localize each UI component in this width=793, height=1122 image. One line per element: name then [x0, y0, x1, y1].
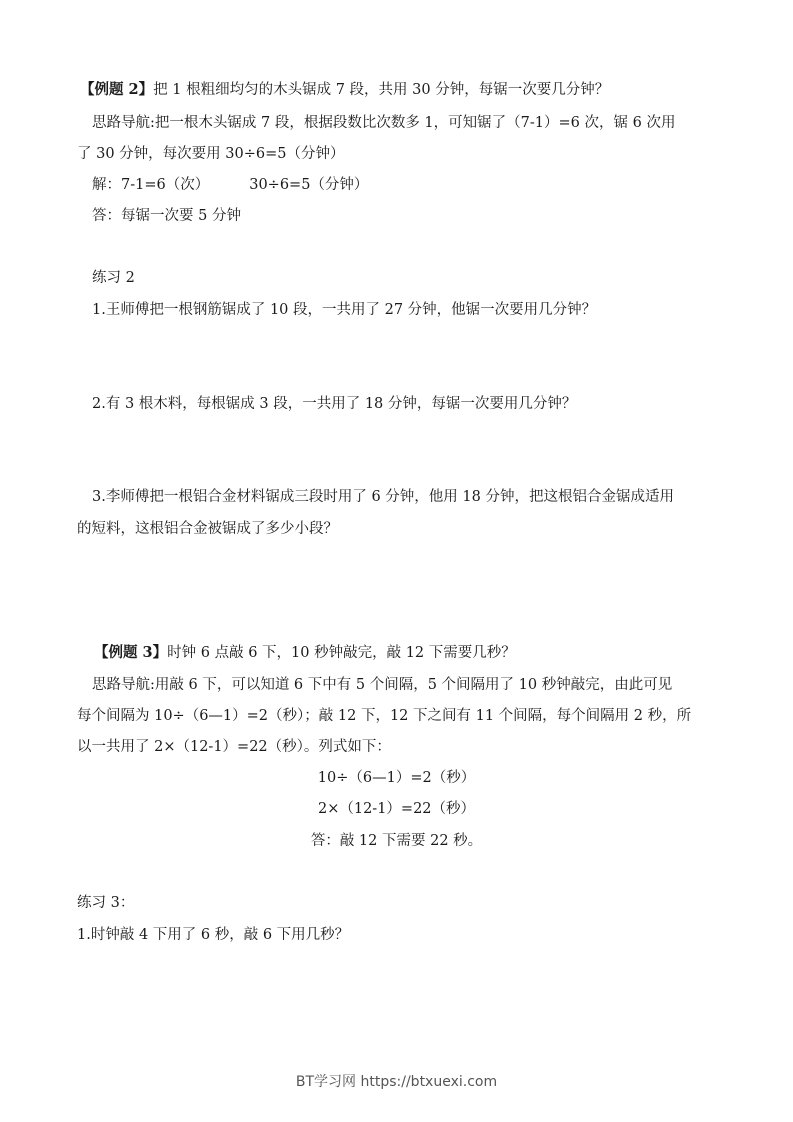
- example-3-answer: 答：敲 12 下需要 22 秒。: [0, 831, 793, 851]
- example-2-solution: 解：7-1=6（次）30÷6=5（分钟）: [92, 175, 368, 195]
- example-2-solution-step-2: 30÷6=5（分钟）: [249, 177, 368, 193]
- practice-2-question-3-line-1: 3.李师傅把一根铝合金材料锯成三段时用了 6 分钟，他用 18 分钟，把这根铝合…: [92, 487, 674, 507]
- practice-2-question-3-line-2: 的短料，这根铝合金被锯成了多少小段？: [77, 519, 338, 539]
- practice-2-question-2: 2.有 3 根木料，每根锯成 3 段，一共用了 18 分钟，每锯一次要用几分钟？: [92, 394, 576, 414]
- example-3-question: 【例题 3】时钟 6 点敲 6 下，10 秒钟敲完，敲 12 下需要几秒？: [94, 643, 516, 663]
- footer-watermark: BT学习网 https://btxuexi.com: [0, 1071, 793, 1091]
- example-3-label: 【例题 3】: [94, 644, 167, 661]
- example-2-question: 【例题 2】把 1 根粗细均匀的木头锯成 7 段，共用 30 分钟，每锯一次要几…: [80, 80, 609, 100]
- example-3-hint-line-3: 以一共用了 2×（12-1）=22（秒）。列式如下：: [77, 737, 391, 757]
- example-3-hint-line-1: 思路导航:用敲 6 下，可以知道 6 下中有 5 个间隔，5 个间隔用了 10 …: [92, 675, 672, 695]
- practice-2-question-1: 1.王师傅把一根钢筋锯成了 10 段，一共用了 27 分钟，他锯一次要用几分钟？: [92, 300, 596, 320]
- example-3-hint-line-2: 每个间隔为 10÷（6—1）=2（秒）；敲 12 下，12 下之间有 11 个间…: [77, 706, 691, 726]
- example-3-question-text: 时钟 6 点敲 6 下，10 秒钟敲完，敲 12 下需要几秒？: [167, 645, 516, 661]
- example-2-question-text: 把 1 根粗细均匀的木头锯成 7 段，共用 30 分钟，每锯一次要几分钟？: [153, 82, 609, 98]
- practice-3-heading: 练习 3：: [77, 893, 134, 913]
- example-2-label: 【例题 2】: [80, 81, 153, 98]
- practice-2-heading: 练习 2: [92, 268, 135, 288]
- example-2-solution-step-1: 解：7-1=6（次）: [92, 177, 209, 193]
- practice-3-question-1: 1.时钟敲 4 下用了 6 秒，敲 6 下用几秒？: [77, 925, 349, 945]
- example-3-formula-1: 10÷（6—1）=2（秒）: [0, 768, 793, 788]
- example-2-hint-line-2: 了 30 分钟，每次要用 30÷6=5（分钟）: [77, 144, 344, 164]
- example-2-hint-line-1: 思路导航:把一根木头锯成 7 段，根据段数比次数多 1，可知锯了（7-1）=6 …: [92, 113, 675, 133]
- example-2-answer: 答：每锯一次要 5 分钟: [92, 206, 241, 226]
- example-3-formula-2: 2×（12-1）=22（秒）: [0, 799, 793, 819]
